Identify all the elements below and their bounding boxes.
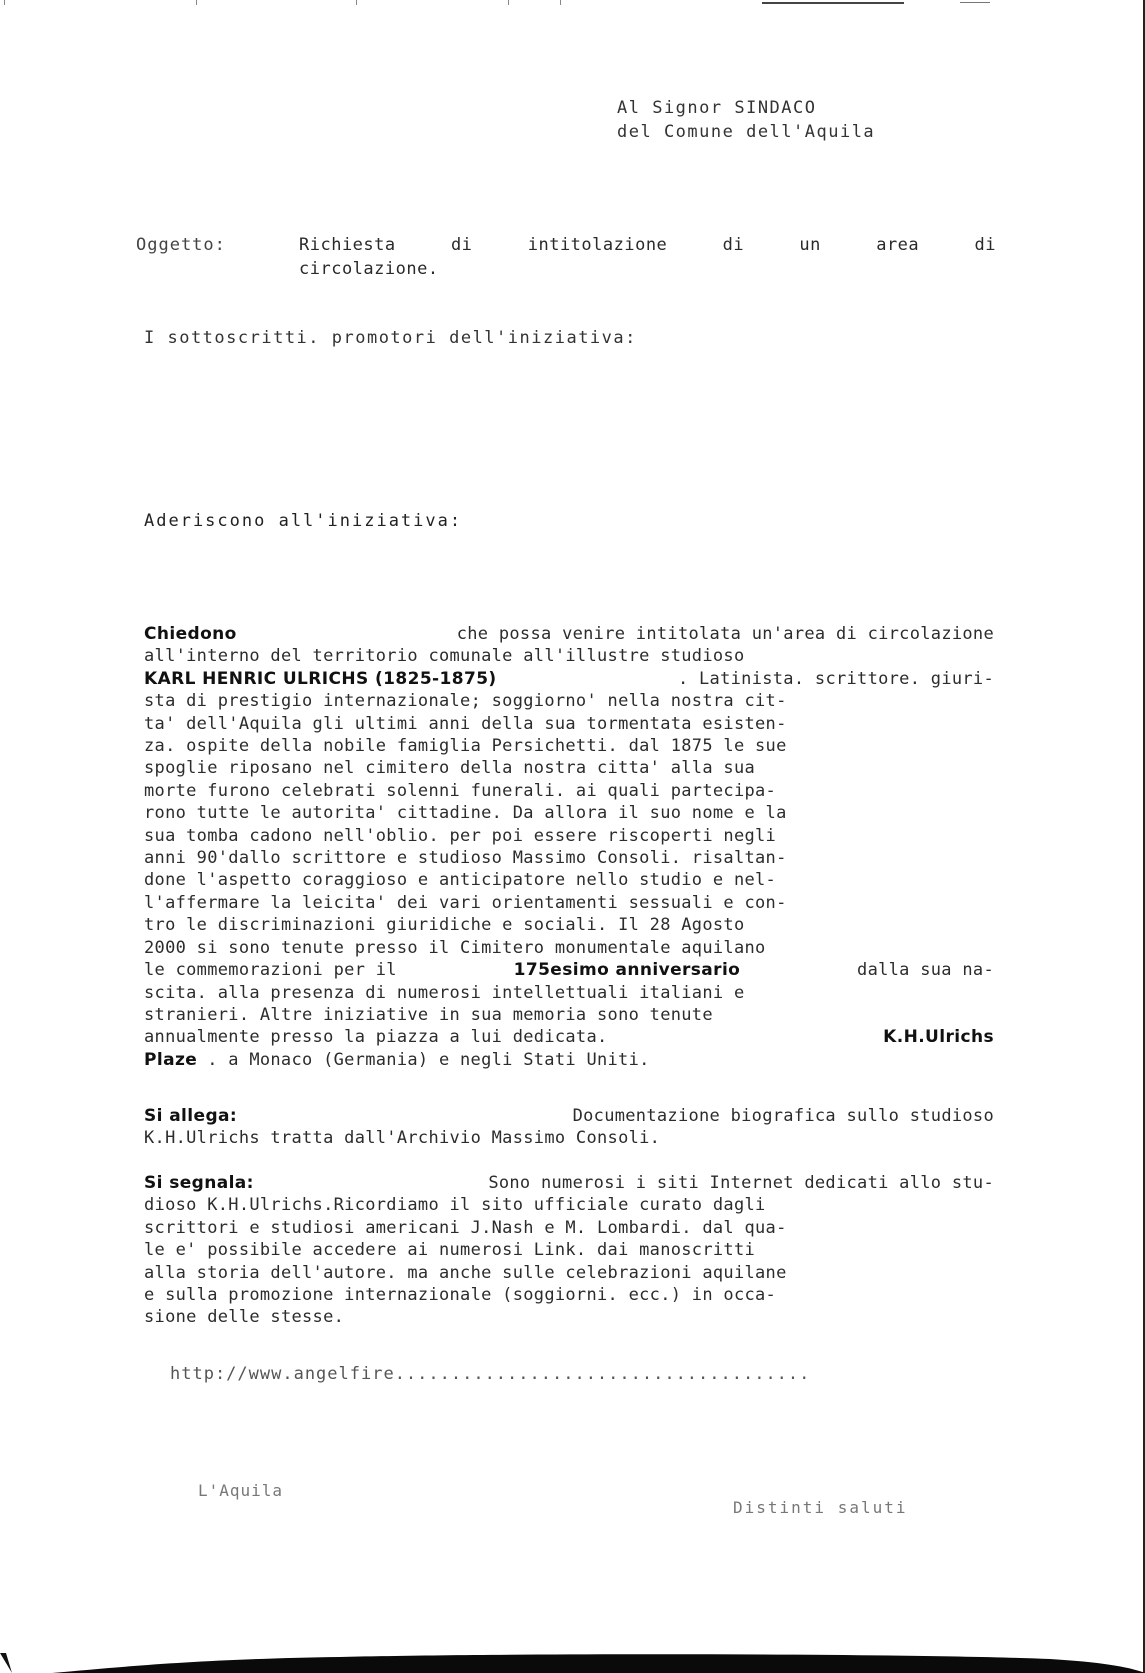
plaze-bold: Plaze <box>144 1049 197 1071</box>
paragraph-line: l'affermare la leicita' dei vari orienta… <box>144 892 994 914</box>
scan-bottom-edge <box>0 1653 1145 1673</box>
allega-section: Si allega:Documentazione biografica sull… <box>144 1105 994 1150</box>
subject-word: area <box>876 233 919 257</box>
subject-line-1: Richiesta di intitolazione di un area di <box>299 233 996 257</box>
subject-label: Oggetto: <box>136 233 226 257</box>
paragraph-line: tro le discriminazioni giuridiche e soci… <box>144 914 994 936</box>
paragraph-line: K.H.Ulrichs tratta dall'Archivio Massimo… <box>144 1127 994 1149</box>
subject-word: di <box>451 233 472 257</box>
main-paragraph: Chiedonoche possa venire intitolata un'a… <box>144 623 994 1071</box>
paragraph-line: ta' dell'Aquila gli ultimi anni della su… <box>144 713 994 735</box>
addressee-block: Al Signor SINDACO del Comune dell'Aquila <box>617 96 875 144</box>
paragraph-line: done l'aspetto coraggioso e anticipatore… <box>144 869 994 891</box>
paragraph-line: sione delle stesse. <box>144 1306 994 1328</box>
segnala-section: Si segnala:Sono numerosi i siti Internet… <box>144 1172 994 1329</box>
subject-word: Richiesta <box>299 233 396 257</box>
paragraph-line: le commemorazioni per il175esimo anniver… <box>144 959 994 981</box>
website-url: http://www.angelfire....................… <box>170 1364 810 1384</box>
line-text: dalla sua na- <box>857 959 994 981</box>
paragraph-line: Plaze. a Monaco (Germania) e negli Stati… <box>144 1049 994 1071</box>
line-text: Documentazione biografica sullo studioso <box>573 1105 994 1127</box>
paragraph-line: sta di prestigio internazionale; soggior… <box>144 690 994 712</box>
paragraph-line: za. ospite della nobile famiglia Persich… <box>144 735 994 757</box>
paragraph-line: spoglie riposano nel cimitero della nost… <box>144 757 994 779</box>
line-text: annualmente presso la piazza a lui dedic… <box>144 1026 608 1048</box>
subject-text: Richiesta di intitolazione di un area di… <box>299 233 996 281</box>
paragraph-line: sua tomba cadono nell'oblio. per poi ess… <box>144 825 994 847</box>
adherents-heading: Aderiscono all'iniziativa: <box>144 511 462 531</box>
paragraph-line: rono tutte le autorita' cittadine. Da al… <box>144 802 994 824</box>
place-signature: L'Aquila <box>198 1481 283 1500</box>
paragraph-line: Si allega:Documentazione biografica sull… <box>144 1105 994 1127</box>
paragraph-line: Si segnala:Sono numerosi i siti Internet… <box>144 1172 994 1194</box>
subject-word: intitolazione <box>528 233 668 257</box>
line-text: . a Monaco (Germania) e negli Stati Unit… <box>207 1049 649 1071</box>
paragraph-line: annualmente presso la piazza a lui dedic… <box>144 1026 994 1048</box>
paragraph-line: 2000 si sono tenute presso il Cimitero m… <box>144 937 994 959</box>
paragraph-line: anni 90'dallo scrittore e studioso Massi… <box>144 847 994 869</box>
subject-word: di <box>723 233 744 257</box>
paragraph-line: e sulla promozione internazionale (soggi… <box>144 1284 994 1306</box>
paragraph-line: KARL HENRIC ULRICHS (1825-1875). Latinis… <box>144 668 994 690</box>
paragraph-line: Chiedonoche possa venire intitolata un'a… <box>144 623 994 645</box>
paragraph-line: alla storia dell'autore. ma anche sulle … <box>144 1262 994 1284</box>
line-text: le commemorazioni per il <box>144 959 397 981</box>
plaza-name-bold: K.H.Ulrichs <box>883 1026 994 1048</box>
paragraph-line: le e' possibile accedere ai numerosi Lin… <box>144 1239 994 1261</box>
subject-word: di <box>974 233 995 257</box>
paragraph-line: dioso K.H.Ulrichs.Ricordiamo il sito uff… <box>144 1194 994 1216</box>
allega-label: Si allega: <box>144 1105 237 1127</box>
scan-top-edge <box>0 0 1145 10</box>
line-text: . Latinista. scrittore. giuri- <box>678 668 994 690</box>
subject-word: un <box>799 233 820 257</box>
subject-line-2: circolazione. <box>299 257 996 281</box>
line-text: che possa venire intitolata un'area di c… <box>457 623 994 645</box>
paragraph-line: scita. alla presenza di numerosi intelle… <box>144 982 994 1004</box>
paragraph-line: stranieri. Altre iniziative in sua memor… <box>144 1004 994 1026</box>
line-text: Sono numerosi i siti Internet dedicati a… <box>488 1172 994 1194</box>
paragraph-line: all'interno del territorio comunale all'… <box>144 645 994 667</box>
chiedono-lead: Chiedono <box>144 623 237 645</box>
addressee-line-1: Al Signor SINDACO <box>617 96 875 120</box>
promoters-heading: I sottoscritti. promotori dell'iniziativ… <box>144 328 637 348</box>
anniversary-bold: 175esimo anniversario <box>514 959 741 981</box>
closing-salutation: Distinti saluti <box>733 1498 908 1517</box>
addressee-line-2: del Comune dell'Aquila <box>617 120 875 144</box>
paragraph-line: scrittori e studiosi americani J.Nash e … <box>144 1217 994 1239</box>
segnala-label: Si segnala: <box>144 1172 254 1194</box>
paragraph-line: morte furono celebrati solenni funerali.… <box>144 780 994 802</box>
ulrichs-name: KARL HENRIC ULRICHS (1825-1875) <box>144 668 497 690</box>
